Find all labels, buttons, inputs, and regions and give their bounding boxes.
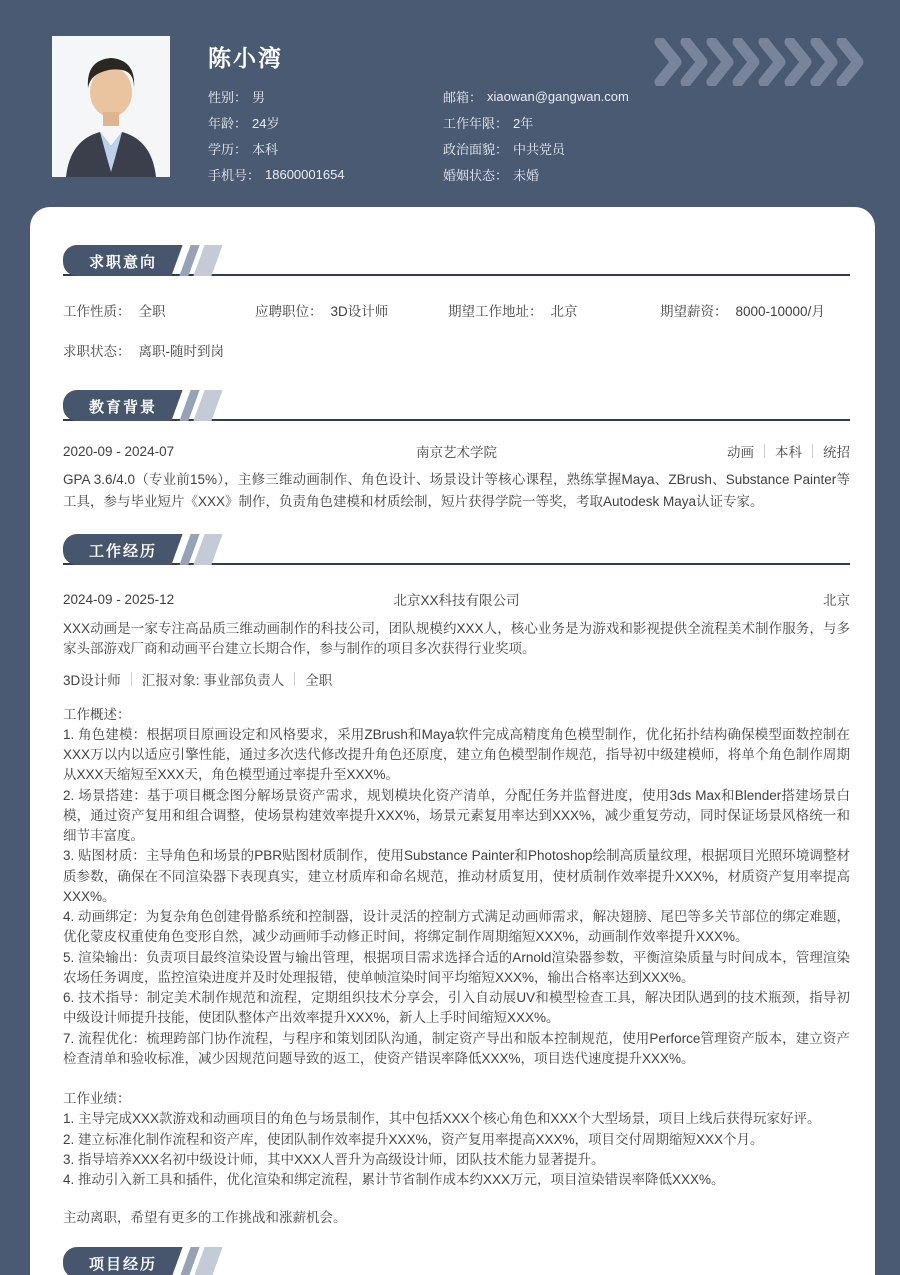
education-meta-row: 2020-09 - 2024-07 南京艺术学院 动画 本科 统招 xyxy=(63,441,850,461)
divider xyxy=(131,672,132,686)
company-introduction: XXX动画是一家专注高品质三维动画制作的科技公司，团队规模约XXX人，核心业务是… xyxy=(63,619,850,660)
work-overview-label: 工作概述： xyxy=(63,705,850,725)
work-achievement-item-3: 3. 指导培养XXX名初中级设计师，其中XXX人晋升为高级设计师，团队技术能力显… xyxy=(63,1150,850,1170)
info-marital-status: 婚姻状态： 未婚 xyxy=(443,161,768,187)
chevron-right-icon xyxy=(836,38,866,86)
work-meta-row: 2024-09 - 2025-12 北京XX科技有限公司 北京 xyxy=(63,589,850,609)
section-title-work-experience: 工作经历 xyxy=(63,534,171,565)
work-achievement-item-4: 4. 推动引入新工具和插件，优化渲染和绑定流程，累计节省制作成本约XXX万元，项… xyxy=(63,1170,850,1190)
section-header-project-experience: 项目经历 xyxy=(63,1247,850,1275)
section-header-education: 教育背景 xyxy=(63,390,850,421)
education-degree: 本科 xyxy=(775,441,802,461)
profile-photo xyxy=(52,36,170,177)
work-overview-item-3: 3. 贴图材质：主导角色和场景的PBR贴图材质制作，使用Substance Pa… xyxy=(63,846,850,907)
work-overview-item-5: 5. 渲染输出：负责项目最终渲染设置与输出管理，根据项目需求选择合适的Arnol… xyxy=(63,948,850,989)
work-overview-block: 工作概述： 1. 角色建模：根据项目原画设定和风格要求，采用ZBrush和May… xyxy=(63,705,850,1070)
divider xyxy=(294,672,295,686)
chevron-right-decoration-icons xyxy=(658,38,868,86)
personal-info-grid: 性别： 男 年龄： 24岁 学历： 本科 手机号： 18600001654 邮箱… xyxy=(208,83,768,187)
info-age: 年龄： 24岁 xyxy=(208,109,443,135)
section-header-job-intention: 求职意向 xyxy=(63,245,850,276)
job-intention-row-2: 求职状态： 离职-随时到岗 xyxy=(63,340,850,360)
resume-header: 陈小湾 性别： 男 年龄： 24岁 学历： 本科 手机号： 1860000165… xyxy=(0,0,900,207)
info-degree: 学历： 本科 xyxy=(208,135,443,161)
education-major: 动画 xyxy=(727,441,754,461)
work-date-range: 2024-09 - 2025-12 xyxy=(63,592,278,607)
education-school: 南京艺术学院 xyxy=(278,441,635,461)
leave-reason-note: 主动离职，希望有更多的工作挑战和涨薪机会。 xyxy=(63,1208,850,1228)
info-work-years: 工作年限： 2年 xyxy=(443,109,768,135)
work-overview-item-2: 2. 场景搭建：基于项目概念图分解场景资产需求，规划模块化资产清单，分配任务并监… xyxy=(63,786,850,847)
info-political-status: 政治面貌： 中共党员 xyxy=(443,135,768,161)
work-achievements-block: 工作业绩： 1. 主导完成XXX款游戏和动画项目的角色与场景制作，其中包括XXX… xyxy=(63,1089,850,1190)
section-title-job-intention: 求职意向 xyxy=(63,245,171,276)
job-intention-row-1: 工作性质： 全职 应聘职位： 3D设计师 期望工作地址： 北京 期望薪资： 80… xyxy=(63,300,850,320)
education-enrollment-type: 统招 xyxy=(823,441,850,461)
divider xyxy=(764,444,765,458)
work-achievements-label: 工作业绩： xyxy=(63,1089,850,1109)
work-company: 北京XX科技有限公司 xyxy=(278,589,635,609)
job-type-field: 工作性质： 全职 xyxy=(63,300,255,320)
resume-body-card: 求职意向 工作性质： 全职 应聘职位： 3D设计师 期望工作地址： 北京 期望薪… xyxy=(30,207,875,1275)
candidate-name: 陈小湾 xyxy=(208,40,283,73)
work-overview-item-6: 6. 技术指导：制定美术制作规范和流程，定期组织技术分享会，引入自动展UV和模型… xyxy=(63,988,850,1029)
desired-salary-field: 期望薪资： 8000-10000/月 xyxy=(660,300,825,320)
education-tags: 动画 本科 统招 xyxy=(635,441,850,461)
work-role-title: 3D设计师 xyxy=(63,669,121,689)
education-description: GPA 3.6/4.0（专业前15%），主修三维动画制作、角色设计、场景设计等核… xyxy=(63,469,850,512)
work-role-row: 3D设计师 汇报对象: 事业部负责人 全职 xyxy=(63,669,850,689)
info-email: 邮箱： xiaowan@gangwan.com xyxy=(443,83,768,109)
section-title-project-experience: 项目经历 xyxy=(63,1247,171,1275)
education-date-range: 2020-09 - 2024-07 xyxy=(63,444,278,459)
info-gender: 性别： 男 xyxy=(208,83,443,109)
info-phone: 手机号： 18600001654 xyxy=(208,161,443,187)
work-location: 北京 xyxy=(635,589,850,609)
work-overview-item-7: 7. 流程优化：梳理跨部门协作流程，与程序和策划团队沟通，制定资产导出和版本控制… xyxy=(63,1029,850,1070)
work-overview-item-4: 4. 动画绑定：为复杂角色创建骨骼系统和控制器，设计灵活的控制方式满足动画师需求… xyxy=(63,907,850,948)
work-achievement-item-2: 2. 建立标准化制作流程和资产库，使团队制作效率提升XXX%，资产复用率提高XX… xyxy=(63,1130,850,1150)
desired-position-field: 应聘职位： 3D设计师 xyxy=(255,300,448,320)
job-status-field: 求职状态： 离职-随时到岗 xyxy=(63,340,224,360)
work-employment-type: 全职 xyxy=(305,669,332,689)
work-report-to: 汇报对象: 事业部负责人 xyxy=(142,669,285,689)
person-portrait-icon xyxy=(52,36,170,177)
desired-location-field: 期望工作地址： 北京 xyxy=(448,300,660,320)
section-title-education: 教育背景 xyxy=(63,390,171,421)
divider xyxy=(812,444,813,458)
work-overview-item-1: 1. 角色建模：根据项目原画设定和风格要求，采用ZBrush和Maya软件完成高… xyxy=(63,725,850,786)
section-header-work-experience: 工作经历 xyxy=(63,534,850,565)
work-achievement-item-1: 1. 主导完成XXX款游戏和动画项目的角色与场景制作，其中包括XXX个核心角色和… xyxy=(63,1109,850,1129)
